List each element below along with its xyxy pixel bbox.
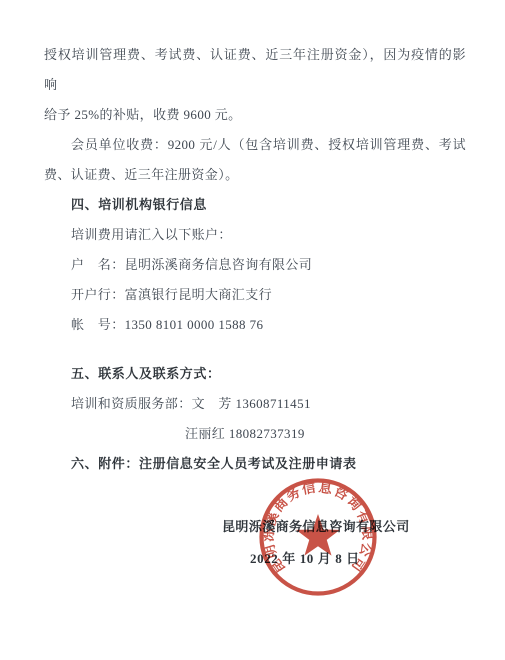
document-line: 培训费用请汇入以下账户： <box>44 220 466 250</box>
document-line: 四、培训机构银行信息 <box>44 190 466 220</box>
document-line: 培训和资质服务部：文 芳 13608711451 <box>44 389 466 419</box>
document-line: 户 名：昆明泺溪商务信息咨询有限公司 <box>44 250 466 280</box>
document-line: 费、认证费、近三年注册资金）。 <box>44 160 466 190</box>
company-seal: 昆明泺溪商务信息咨询有限公司 <box>256 475 380 599</box>
document-line: 五、联系人及联系方式： <box>44 359 466 389</box>
seal-ring <box>262 481 375 594</box>
signature-date: 2022 年 10 月 8 日 <box>250 551 360 567</box>
document-line: 会员单位收费：9200 元/人（包含培训费、授权培训管理费、考试 <box>44 130 466 160</box>
document-line: 授权培训管理费、考试费、认证费、近三年注册资金），因为疫情的影响 <box>44 40 466 100</box>
document-page: 授权培训管理费、考试费、认证费、近三年注册资金），因为疫情的影响给予 25%的补… <box>0 0 505 660</box>
document-line: 开户行：富滇银行昆明大商汇支行 <box>44 280 466 310</box>
document-line: 六、附件：注册信息安全人员考试及注册申请表 <box>44 449 466 479</box>
document-line: 帐 号：1350 8101 0000 1588 76 <box>44 310 466 340</box>
signature-company-name: 昆明泺溪商务信息咨询有限公司 <box>222 519 410 535</box>
document-line: 给予 25%的补贴，收费 9600 元。 <box>44 100 466 130</box>
document-line: 汪丽红 18082737319 <box>44 419 466 449</box>
document-body: 授权培训管理费、考试费、认证费、近三年注册资金），因为疫情的影响给予 25%的补… <box>44 40 466 479</box>
